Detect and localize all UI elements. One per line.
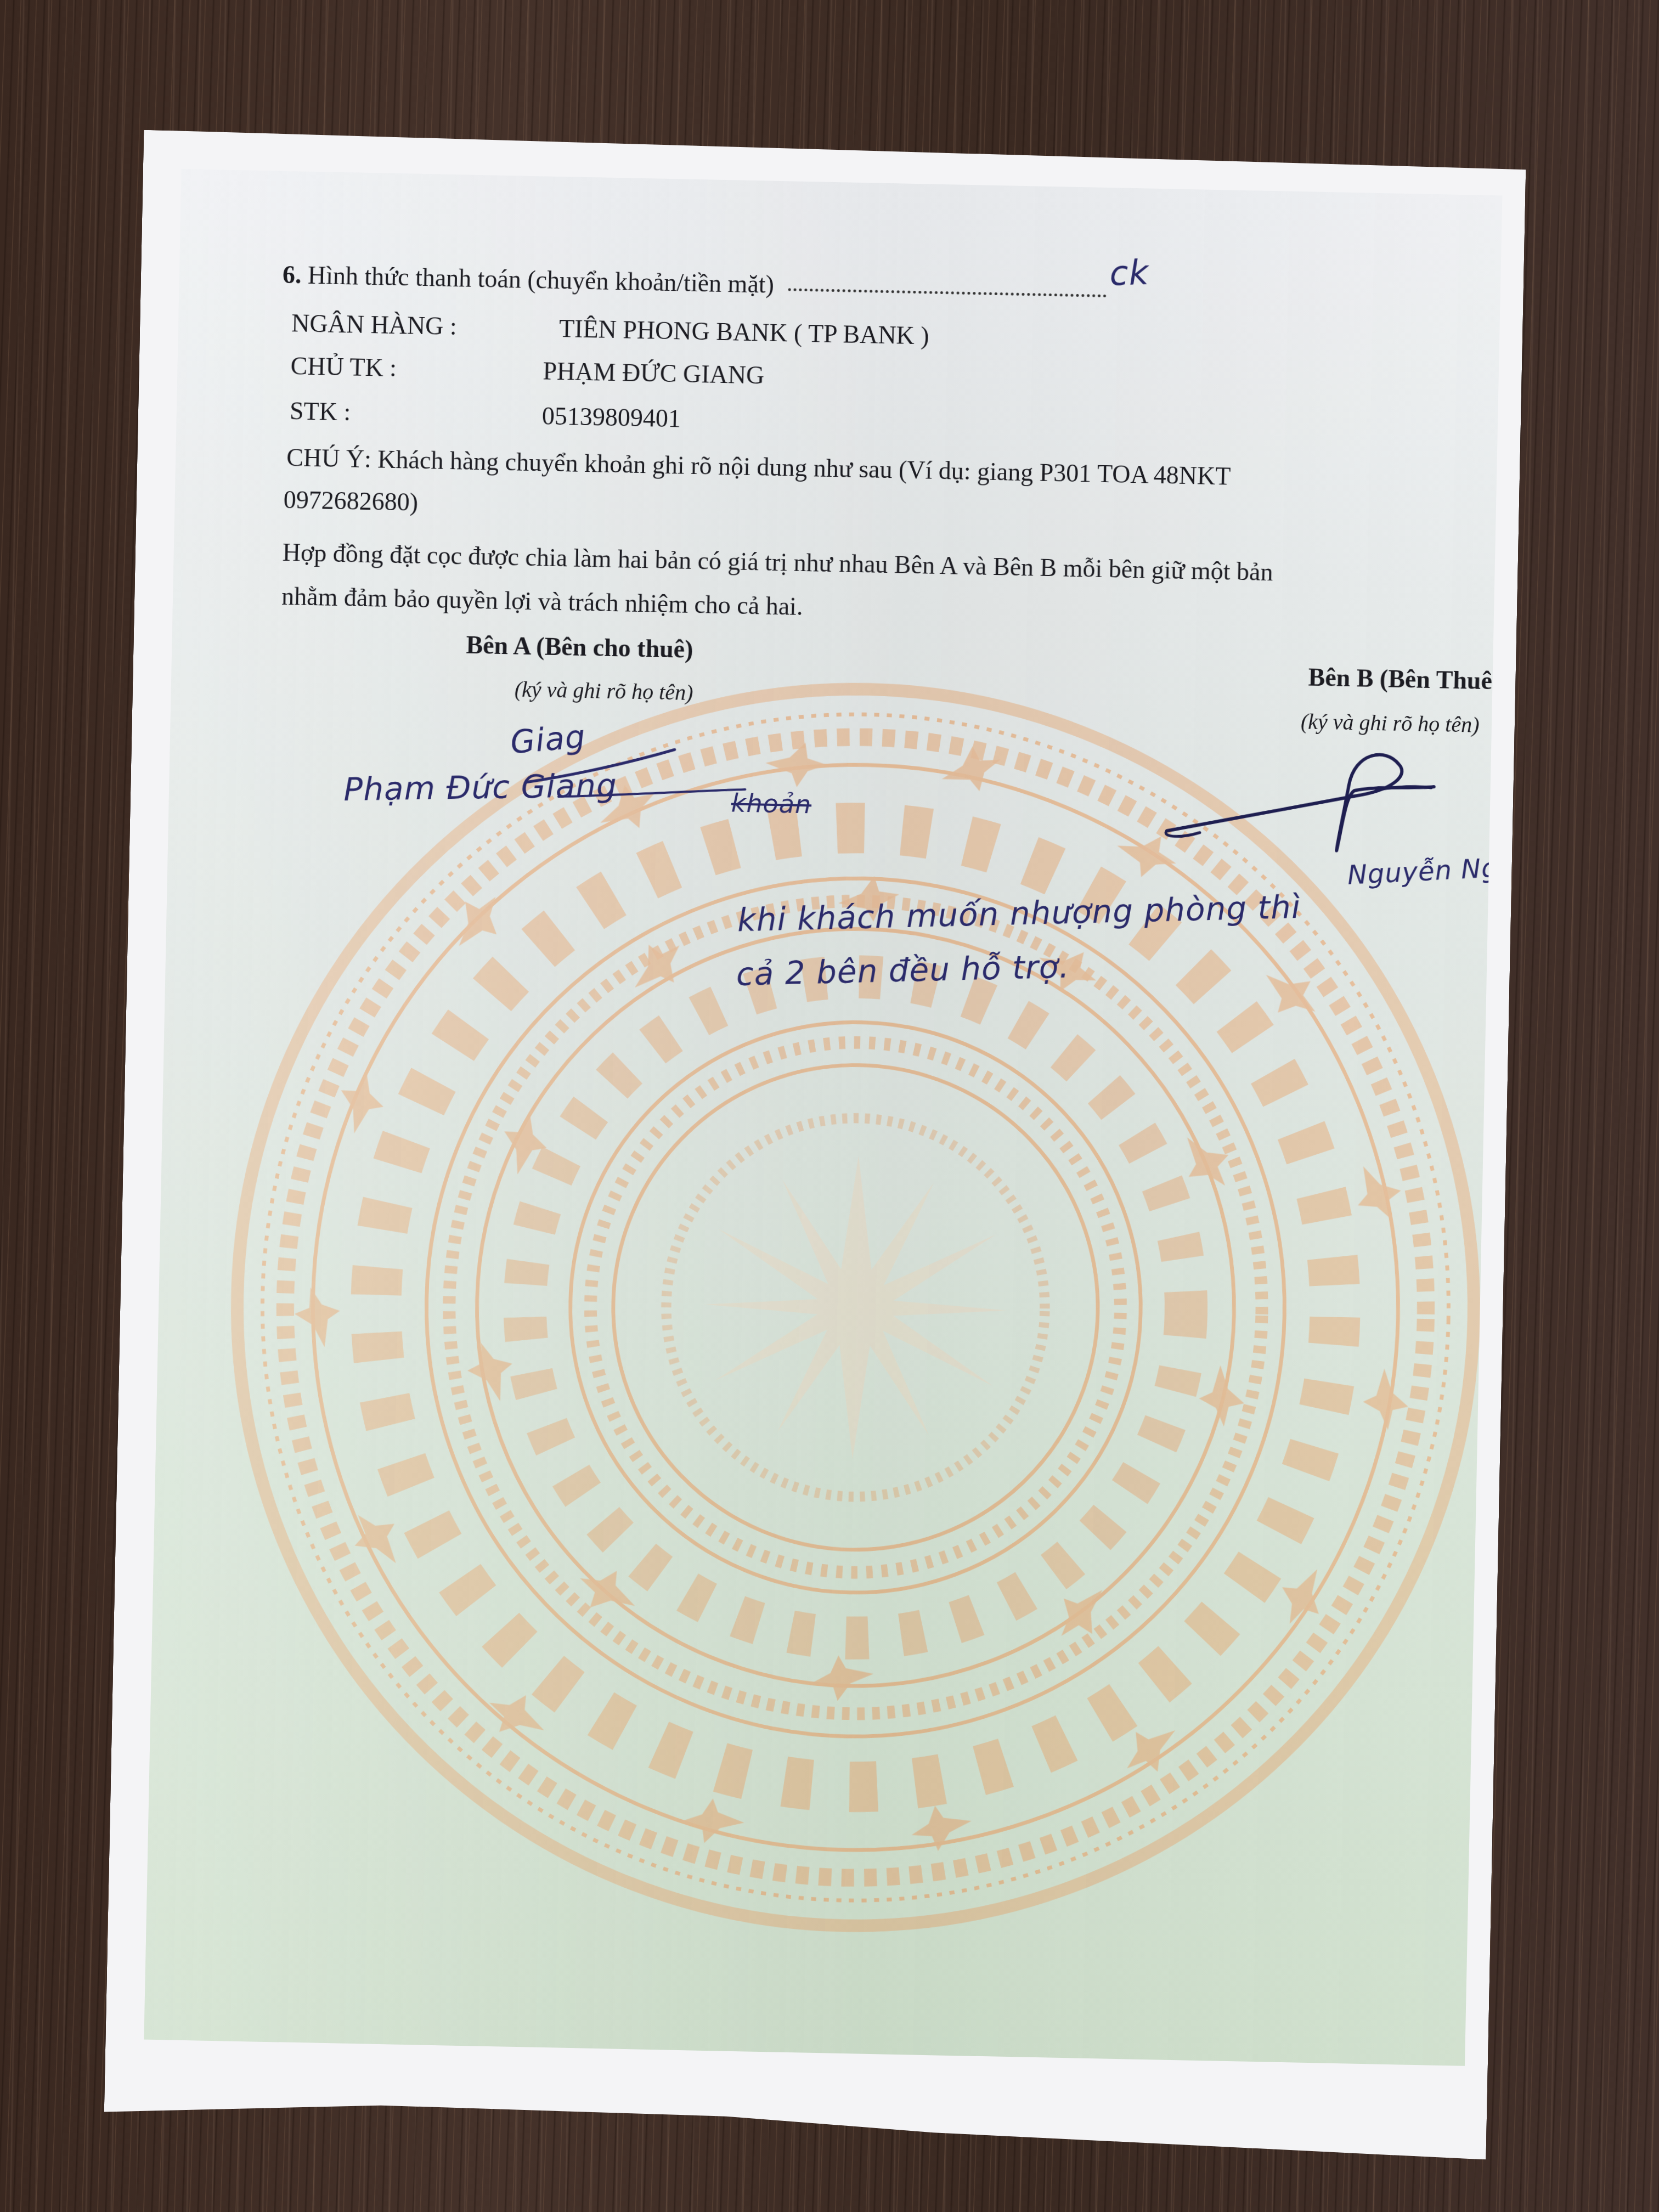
payment-method-line: 6. Hình thức thanh toán (chuyển khoản/ti… bbox=[282, 260, 1106, 306]
account-number-value: 05139809401 bbox=[541, 402, 681, 432]
copies-paragraph-line-2: nhằm đảm bảo quyền lợi và trách nhiệm ch… bbox=[281, 582, 803, 621]
print-area: 6. Hình thức thanh toán (chuyển khoản/ti… bbox=[144, 169, 1502, 2066]
account-number-row: STK :05139809401 bbox=[290, 396, 681, 433]
transfer-note-line-2: 0972682680) bbox=[283, 485, 418, 517]
bank-row: NGÂN HÀNG :TIÊN PHONG BANK ( TP BANK ) bbox=[291, 308, 930, 350]
handwritten-note-line-1: khi khách muốn nhượng phòng thì bbox=[737, 888, 1301, 939]
party-b-title: Bên B (Bên Thuê) bbox=[1308, 663, 1501, 696]
copies-paragraph-line-1: Hợp đồng đặt cọc được chia làm hai bản c… bbox=[282, 538, 1273, 586]
account-owner-row: CHỦ TK :PHẠM ĐỨC GIANG bbox=[290, 351, 765, 390]
section-number: 6. bbox=[283, 261, 302, 289]
payment-method-handwritten: ck bbox=[1109, 252, 1149, 294]
bank-label: NGÂN HÀNG : bbox=[291, 308, 544, 342]
transfer-note-line-1: CHÚ Ý: Khách hàng chuyển khoản ghi rõ nộ… bbox=[286, 443, 1231, 491]
handwritten-note-line-2: cả 2 bên đều hỗ trợ. bbox=[736, 948, 1070, 993]
struck-handwritten-word: khoản bbox=[731, 788, 811, 819]
account-owner-label: CHỦ TK : bbox=[290, 351, 543, 385]
party-a-name-underline-icon bbox=[547, 769, 757, 839]
bank-value: TIÊN PHONG BANK ( TP BANK ) bbox=[559, 314, 930, 350]
document-sheet: 6. Hình thức thanh toán (chuyển khoản/ti… bbox=[104, 130, 1526, 2160]
party-a-instruction: (ký và ghi rõ họ tên) bbox=[514, 676, 693, 706]
party-a-title: Bên A (Bên cho thuê) bbox=[466, 630, 693, 664]
party-b-instruction: (ký và ghi rõ họ tên) bbox=[1301, 708, 1480, 738]
payment-method-label: Hình thức thanh toán (chuyển khoản/tiền … bbox=[307, 261, 774, 298]
party-b-signature-icon bbox=[1155, 737, 1443, 864]
account-number-label: STK : bbox=[290, 396, 543, 430]
document-content: 6. Hình thức thanh toán (chuyển khoản/ti… bbox=[144, 169, 1502, 2066]
account-owner-value: PHẠM ĐỨC GIANG bbox=[543, 357, 765, 389]
payment-method-blank bbox=[788, 288, 1106, 297]
